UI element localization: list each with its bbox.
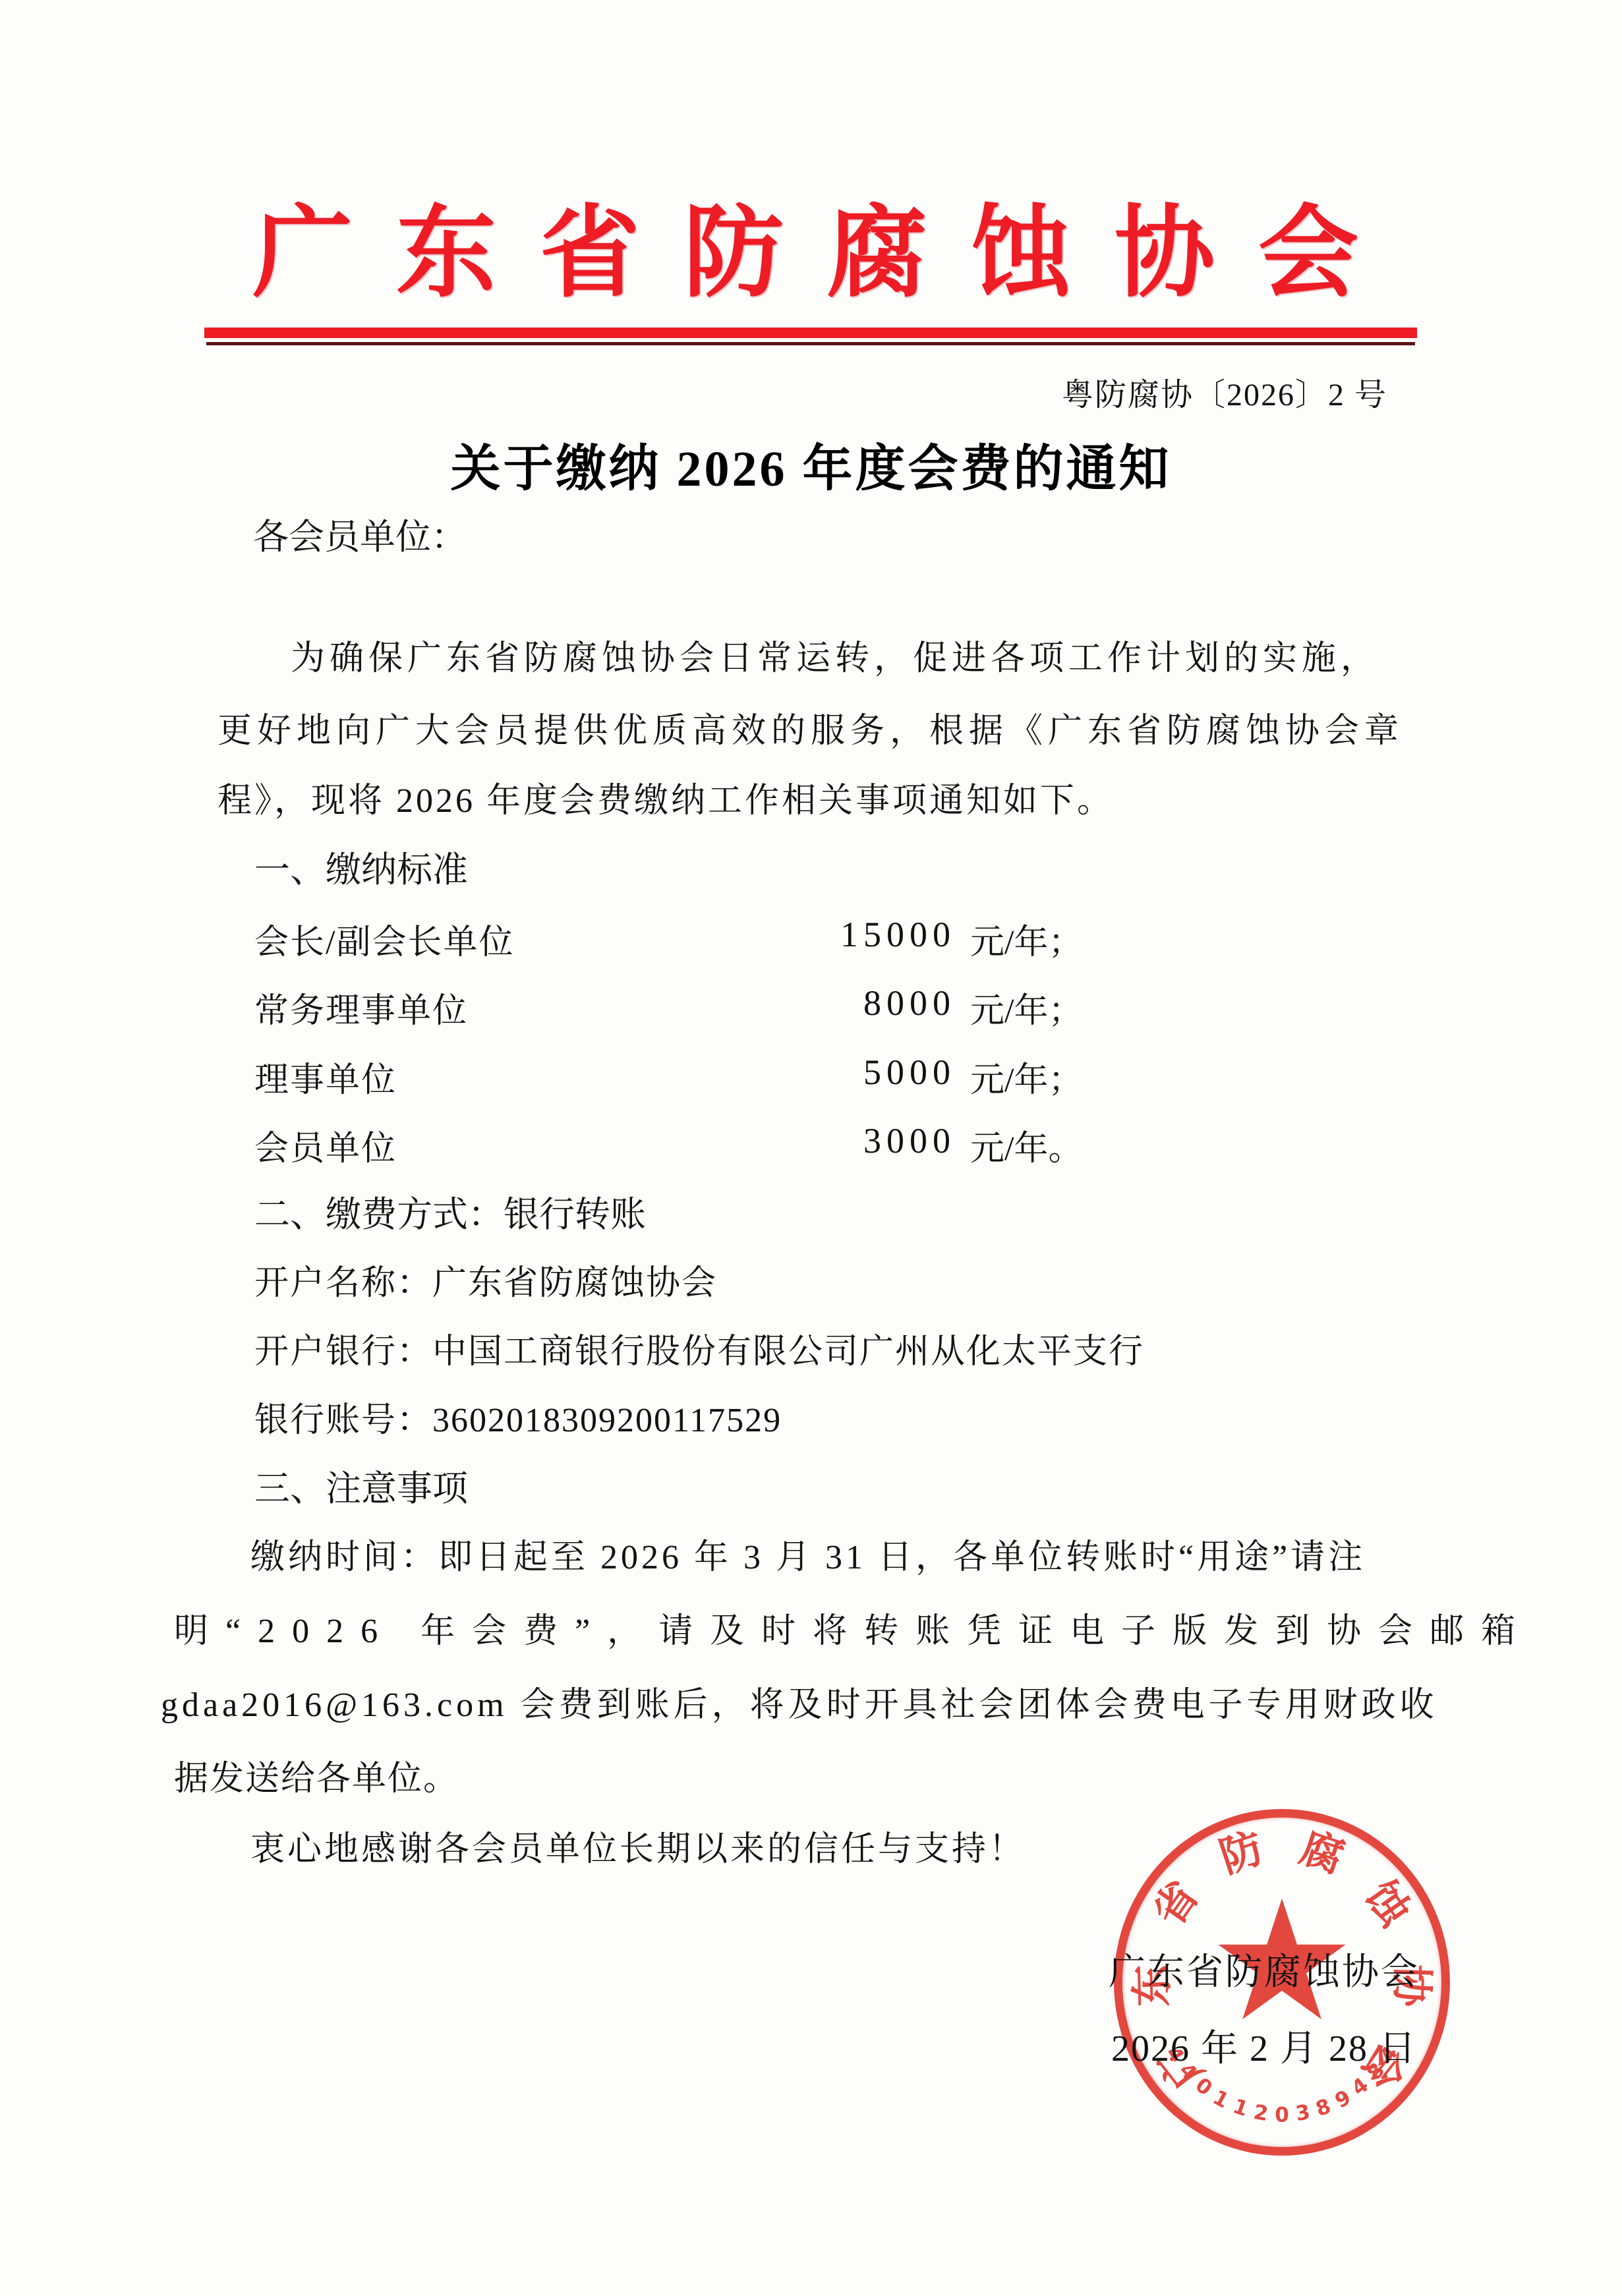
seal-serial-digit: 0 <box>1275 2106 1289 2126</box>
fee-tier-label: 会员单位 <box>254 1120 397 1170</box>
notes-line-1: 缴纳时间：即日起至 2026 年 3 月 31 日，各单位转账时“用途”请注 <box>250 1529 1366 1578</box>
fee-row-member: 会员单位 3000 元/年。 <box>0 1120 1622 1166</box>
salutation: 各会员单位： <box>253 509 467 560</box>
notes-line-4: 据发送给各单位。 <box>174 1750 459 1800</box>
intro-line-1: 为确保广东省防腐蚀协会日常运转，促进各项工作计划的实施， <box>291 630 1379 679</box>
letterhead-rule-thin <box>206 342 1415 345</box>
fee-unit: 元/年； <box>970 983 1082 1032</box>
document-page: 广东省防腐蚀协会 粤防腐协〔2026〕2 号 关于缴纳 2026 年度会费的通知… <box>0 0 1622 2296</box>
signature-date: 2026 年 2 月 28 日 <box>1111 2019 1417 2072</box>
fee-tier-label: 常务理事单位 <box>254 983 468 1032</box>
intro-line-3: 程》，现将 2026 年度会费缴纳工作相关事项通知如下。 <box>217 772 1114 822</box>
bank-name: 开户银行：中国工商银行股份有限公司广州从化太平支行 <box>254 1323 1144 1373</box>
notes-line-3: gdaa2016@163.com 会费到账后，将及时开具社会团体会费电子专用财政… <box>161 1677 1438 1726</box>
doc-number: 粤防腐协〔2026〕2 号 <box>1062 369 1387 415</box>
fee-row-executive-director: 常务理事单位 8000 元/年； <box>0 983 1622 1029</box>
section1-heading: 一、缴纳标准 <box>254 842 468 892</box>
fee-unit: 元/年； <box>970 914 1082 963</box>
fee-tier-label: 理事单位 <box>254 1052 397 1101</box>
letterhead-rule-thick <box>204 328 1417 338</box>
fee-unit: 元/年； <box>970 1052 1082 1101</box>
bank-account-number: 银行账号：3602018309200117529 <box>254 1392 782 1441</box>
fee-row-director: 理事单位 5000 元/年； <box>0 1052 1622 1098</box>
closing-thanks: 衷心地感谢各会员单位长期以来的信任与支持！ <box>250 1821 1026 1870</box>
letterhead-org-name: 广东省防腐蚀协会 <box>252 173 1402 316</box>
intro-line-2: 更好地向广大会员提供优质高效的服务，根据《广东省防腐蚀协会章 <box>217 703 1404 752</box>
section3-heading: 三、注意事项 <box>254 1460 468 1511</box>
signature-org: 广东省防腐蚀协会 <box>1109 1943 1420 1995</box>
bank-account-name: 开户名称：广东省防腐蚀协会 <box>254 1255 717 1304</box>
section2-heading: 二、缴费方式：银行转账 <box>254 1186 646 1237</box>
notice-title: 关于缴纳 2026 年度会费的通知 <box>0 428 1622 500</box>
fee-amount: 15000 <box>745 914 956 955</box>
fee-amount: 8000 <box>745 983 956 1023</box>
fee-unit: 元/年。 <box>970 1120 1082 1170</box>
notes-line-2: 明“2026 年会费”，请及时将转账凭证电子版发到协会邮箱 <box>174 1603 1532 1652</box>
fee-row-president: 会长/副会长单位 15000 元/年； <box>0 914 1622 960</box>
fee-tier-label: 会长/副会长单位 <box>254 914 514 963</box>
fee-amount: 5000 <box>745 1052 956 1093</box>
fee-amount: 3000 <box>745 1120 956 1161</box>
